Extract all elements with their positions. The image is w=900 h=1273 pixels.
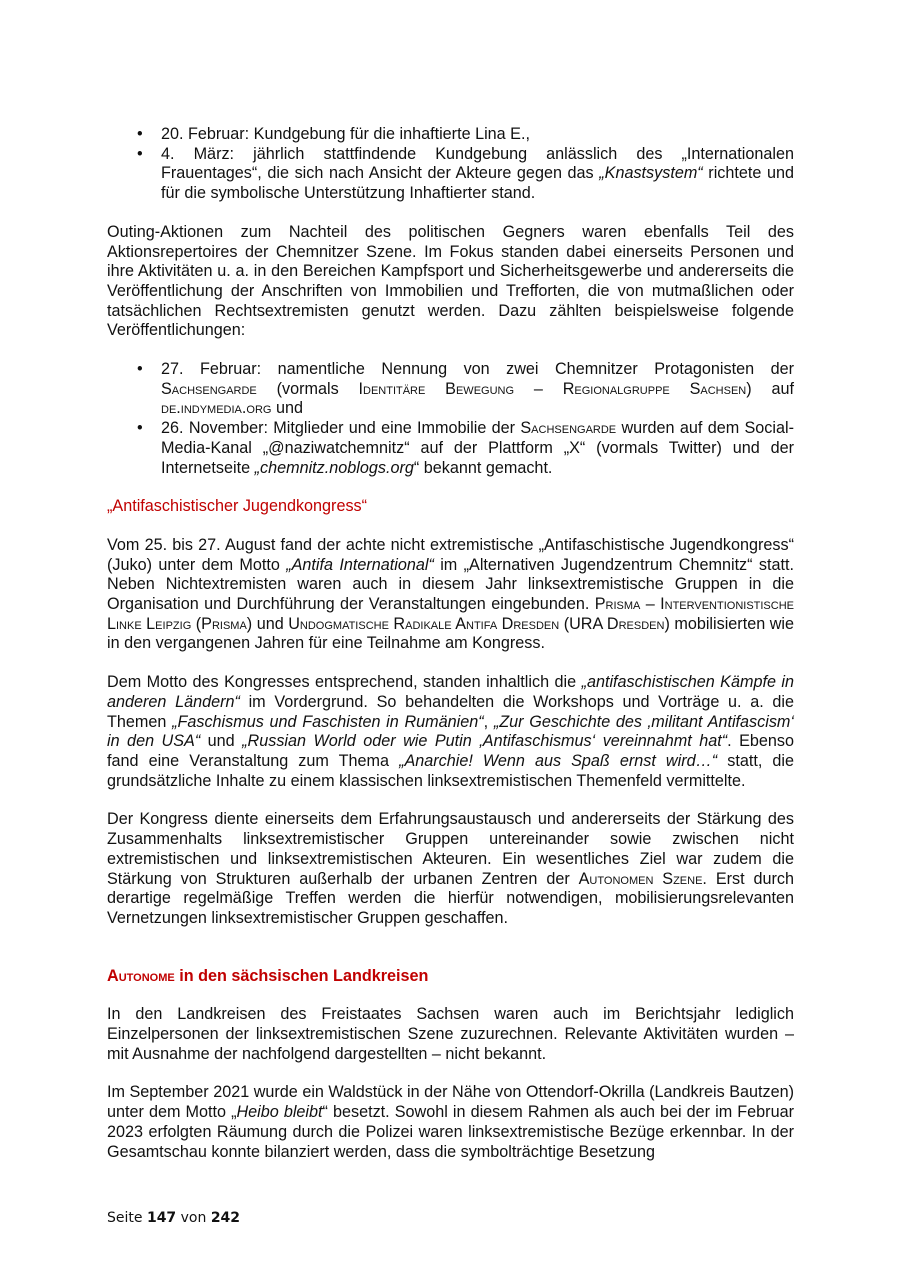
paragraph-juko-1: Vom 25. bis 27. August fand der achte ni… [107,536,794,654]
italic-quote: „Knastsystem“ [599,164,702,182]
org-name: Autonomen Szene [579,870,703,888]
text: ) und [247,615,288,633]
paragraph-landkreise-1: In den Landkreisen des Freistaates Sachs… [107,1005,794,1064]
section-heading-autonome: Autonome in den sächsischen Landkreisen [107,967,794,987]
list-item-text: 20. Februar: Kundgebung für die inhaftie… [161,125,530,143]
page-footer: Seite 147 von 242 [107,1210,240,1226]
text: (URA [559,615,607,633]
quote: „Faschismus und Faschisten in Rumänien“ [172,713,484,731]
rally-list: 20. Februar: Kundgebung für die inhaftie… [107,125,794,204]
motto: „Antifa International“ [286,556,434,574]
paragraph-outing: Outing-Aktionen zum Nachteil des politis… [107,223,794,341]
org-name: Undogmatische Radikale Antifa Dresden [288,615,559,633]
footer-text: Seite [107,1210,147,1226]
org-name: Dresden [607,615,665,633]
org-name: Prisma [201,615,247,633]
paragraph-landkreise-2: Im September 2021 wurde ein Waldstück in… [107,1083,794,1162]
text: 26. November: Mitglieder und eine Immobi… [161,419,520,437]
total-pages: 242 [211,1210,240,1226]
website-name: de.indymedia.org [161,399,271,417]
text: und [200,732,242,750]
section-heading-juko: „Antifaschistischer Jugendkongress“ [107,497,794,517]
text: ) auf [746,380,794,398]
list-item: 26. November: Mitglieder und eine Immobi… [107,419,794,478]
text: und [271,399,303,417]
document-page: 20. Februar: Kundgebung für die inhaftie… [107,125,794,1162]
outing-list: 27. Februar: namentliche Nennung von zwe… [107,360,794,478]
org-name: Sachsengarde [161,380,257,398]
paragraph-juko-3: Der Kongress diente einerseits dem Erfah… [107,810,794,928]
text: Dem Motto des Kongresses entsprechend, s… [107,673,582,691]
page-number: 147 [147,1210,176,1226]
text: ( [191,615,201,633]
heading-smallcaps: Autonome [107,967,175,985]
paragraph-juko-2: Dem Motto des Kongresses entsprechend, s… [107,673,794,791]
org-name: Identitäre Bewegung – Regionalgruppe Sac… [359,380,747,398]
quote: „Anarchie! Wenn aus Spaß ernst wird…“ [399,752,717,770]
motto: Heibo bleibt [236,1103,322,1121]
text: 27. Februar: namentliche Nennung von zwe… [161,360,794,378]
list-item: 4. März: jährlich stattfindende Kundgebu… [107,145,794,204]
org-name: Sachsengarde [520,419,616,437]
text: “ bekannt gemacht. [414,459,553,477]
text: , [484,713,494,731]
heading-text: in den sächsischen Landkreisen [175,967,429,985]
text: (vormals [257,380,359,398]
website-name: „chemnitz.noblogs.org [255,459,414,477]
footer-text: von [176,1210,211,1226]
quote: „Russian World oder wie Putin ‚Antifasch… [242,732,727,750]
list-item: 20. Februar: Kundgebung für die inhaftie… [107,125,794,145]
list-item: 27. Februar: namentliche Nennung von zwe… [107,360,794,419]
